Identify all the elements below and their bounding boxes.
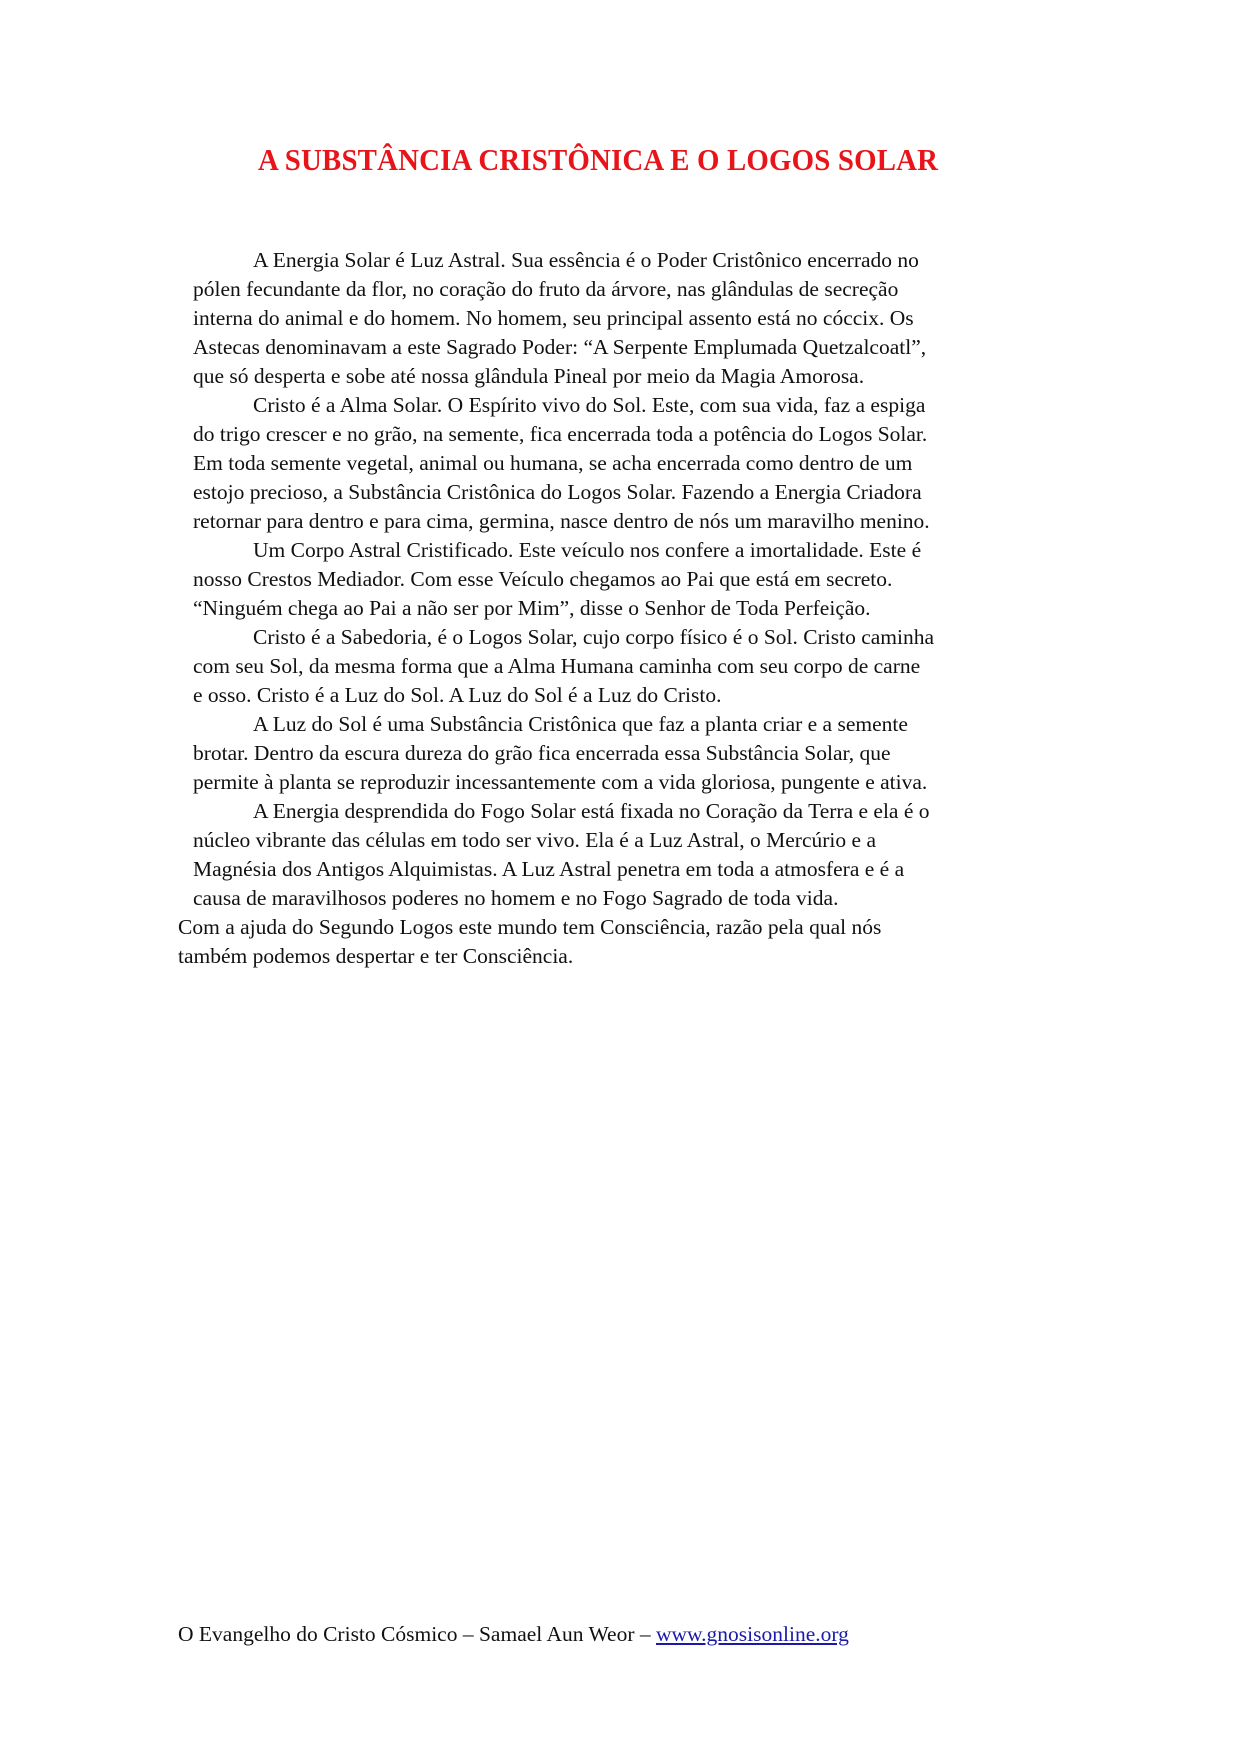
text-line: brotar. Dentro da escura dureza do grão … (193, 739, 891, 768)
text-line: “Ninguém chega ao Pai a não ser por Mim”… (193, 594, 871, 623)
text-line: Cristo é a Sabedoria, é o Logos Solar, c… (253, 623, 934, 652)
text-line: A Energia desprendida do Fogo Solar está… (253, 797, 930, 826)
footer-link[interactable]: www.gnosisonline.org (656, 1622, 849, 1646)
text-line: e osso. Cristo é a Luz do Sol. A Luz do … (193, 681, 722, 710)
text-line: retornar para dentro e para cima, germin… (193, 507, 930, 536)
text-line: causa de maravilhosos poderes no homem e… (193, 884, 838, 913)
text-line: A Energia Solar é Luz Astral. Sua essênc… (253, 246, 919, 275)
document-title: A SUBSTÂNCIA CRISTÔNICA E O LOGOS SOLAR (258, 142, 938, 178)
text-line: também podemos despertar e ter Consciênc… (178, 942, 573, 971)
text-line: estojo precioso, a Substância Cristônica… (193, 478, 922, 507)
footer-text: O Evangelho do Cristo Cósmico – Samael A… (178, 1622, 656, 1646)
text-line: núcleo vibrante das células em todo ser … (193, 826, 876, 855)
text-line: que só desperta e sobe até nossa glândul… (193, 362, 864, 391)
text-line: permite à planta se reproduzir incessant… (193, 768, 927, 797)
text-line: Em toda semente vegetal, animal ou human… (193, 449, 912, 478)
footer: O Evangelho do Cristo Cósmico – Samael A… (178, 1622, 849, 1647)
text-line: Astecas denominavam a este Sagrado Poder… (193, 333, 926, 362)
text-line: Magnésia dos Antigos Alquimistas. A Luz … (193, 855, 904, 884)
text-line: Um Corpo Astral Cristificado. Este veícu… (253, 536, 921, 565)
text-line: interna do animal e do homem. No homem, … (193, 304, 914, 333)
text-line: nosso Crestos Mediador. Com esse Veículo… (193, 565, 892, 594)
text-line: A Luz do Sol é uma Substância Cristônica… (253, 710, 908, 739)
text-line: do trigo crescer e no grão, na semente, … (193, 420, 927, 449)
text-line: Com a ajuda do Segundo Logos este mundo … (178, 913, 881, 942)
text-line: Cristo é a Alma Solar. O Espírito vivo d… (253, 391, 925, 420)
text-line: pólen fecundante da flor, no coração do … (193, 275, 898, 304)
text-line: com seu Sol, da mesma forma que a Alma H… (193, 652, 920, 681)
